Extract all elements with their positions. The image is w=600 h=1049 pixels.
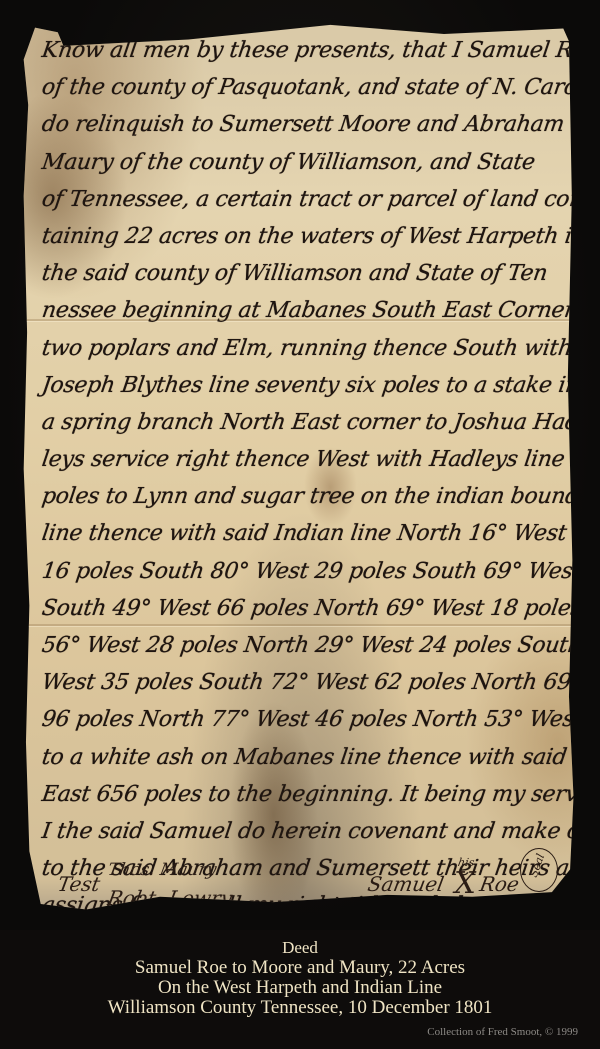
deed-line: South 49° West 66 poles North 69° West 1…: [39, 590, 576, 627]
deed-line: West 35 poles South 72° West 62 poles No…: [39, 664, 576, 701]
deed-line: a spring branch North East corner to Jos…: [39, 404, 576, 441]
deed-line: taining 22 acres on the waters of West H…: [39, 218, 576, 255]
deed-paper: Know all men by these presents, that I S…: [18, 14, 586, 924]
deed-line: of Tennessee, a certain tract or parcel …: [39, 181, 576, 218]
collection-credit: Collection of Fred Smoot, © 1999: [427, 1026, 578, 1038]
deed-line: two poplars and Elm, running thence Sout…: [39, 330, 576, 367]
deed-line: line thence with said Indian line North …: [39, 515, 576, 552]
deed-line: of the county of Pasquotank, and state o…: [39, 69, 576, 106]
witness-name: Thos. Maury: [106, 860, 218, 880]
deed-line: Maury of the county of Williamson, and S…: [39, 144, 576, 181]
deed-line: to a white ash on Mabanes line thence wi…: [39, 739, 576, 776]
caption-line-1: Samuel Roe to Moore and Maury, 22 Acres: [0, 958, 600, 978]
caption-title: Deed: [0, 930, 600, 958]
deed-line: nessee beginning at Mabanes South East C…: [39, 292, 576, 329]
deed-line: I the said Samuel do herein covenant and…: [39, 813, 576, 850]
deed-line: leys service right thence West with Hadl…: [39, 441, 576, 478]
deed-line: the said county of Williamson and State …: [39, 255, 576, 292]
witness-label: Test: [56, 872, 102, 896]
deed-line: East 656 poles to the beginning. It bein…: [39, 776, 576, 813]
deed-line: 16 poles South 80° West 29 poles South 6…: [39, 553, 576, 590]
deed-line: 96 poles North 77° West 46 poles North 5…: [39, 701, 576, 738]
signature-last-name: Roe: [478, 872, 521, 896]
deed-line: Joseph Blythes line seventy six poles to…: [39, 367, 576, 404]
signature-first-name: Samuel: [366, 872, 446, 896]
caption-line-3: Williamson County Tennessee, 10 December…: [0, 998, 600, 1018]
seal-text: Seal: [527, 852, 547, 879]
deed-line: 56° West 28 poles North 29° West 24 pole…: [39, 627, 576, 664]
deed-line: poles to Lynn and sugar tree on the indi…: [39, 478, 576, 515]
seal-icon: Seal: [520, 848, 558, 892]
deed-line: do relinquish to Sumersett Moore and Abr…: [39, 106, 576, 143]
caption-panel: Deed Samuel Roe to Moore and Maury, 22 A…: [0, 930, 600, 1049]
caption-line-2: On the West Harpeth and Indian Line: [0, 978, 600, 998]
